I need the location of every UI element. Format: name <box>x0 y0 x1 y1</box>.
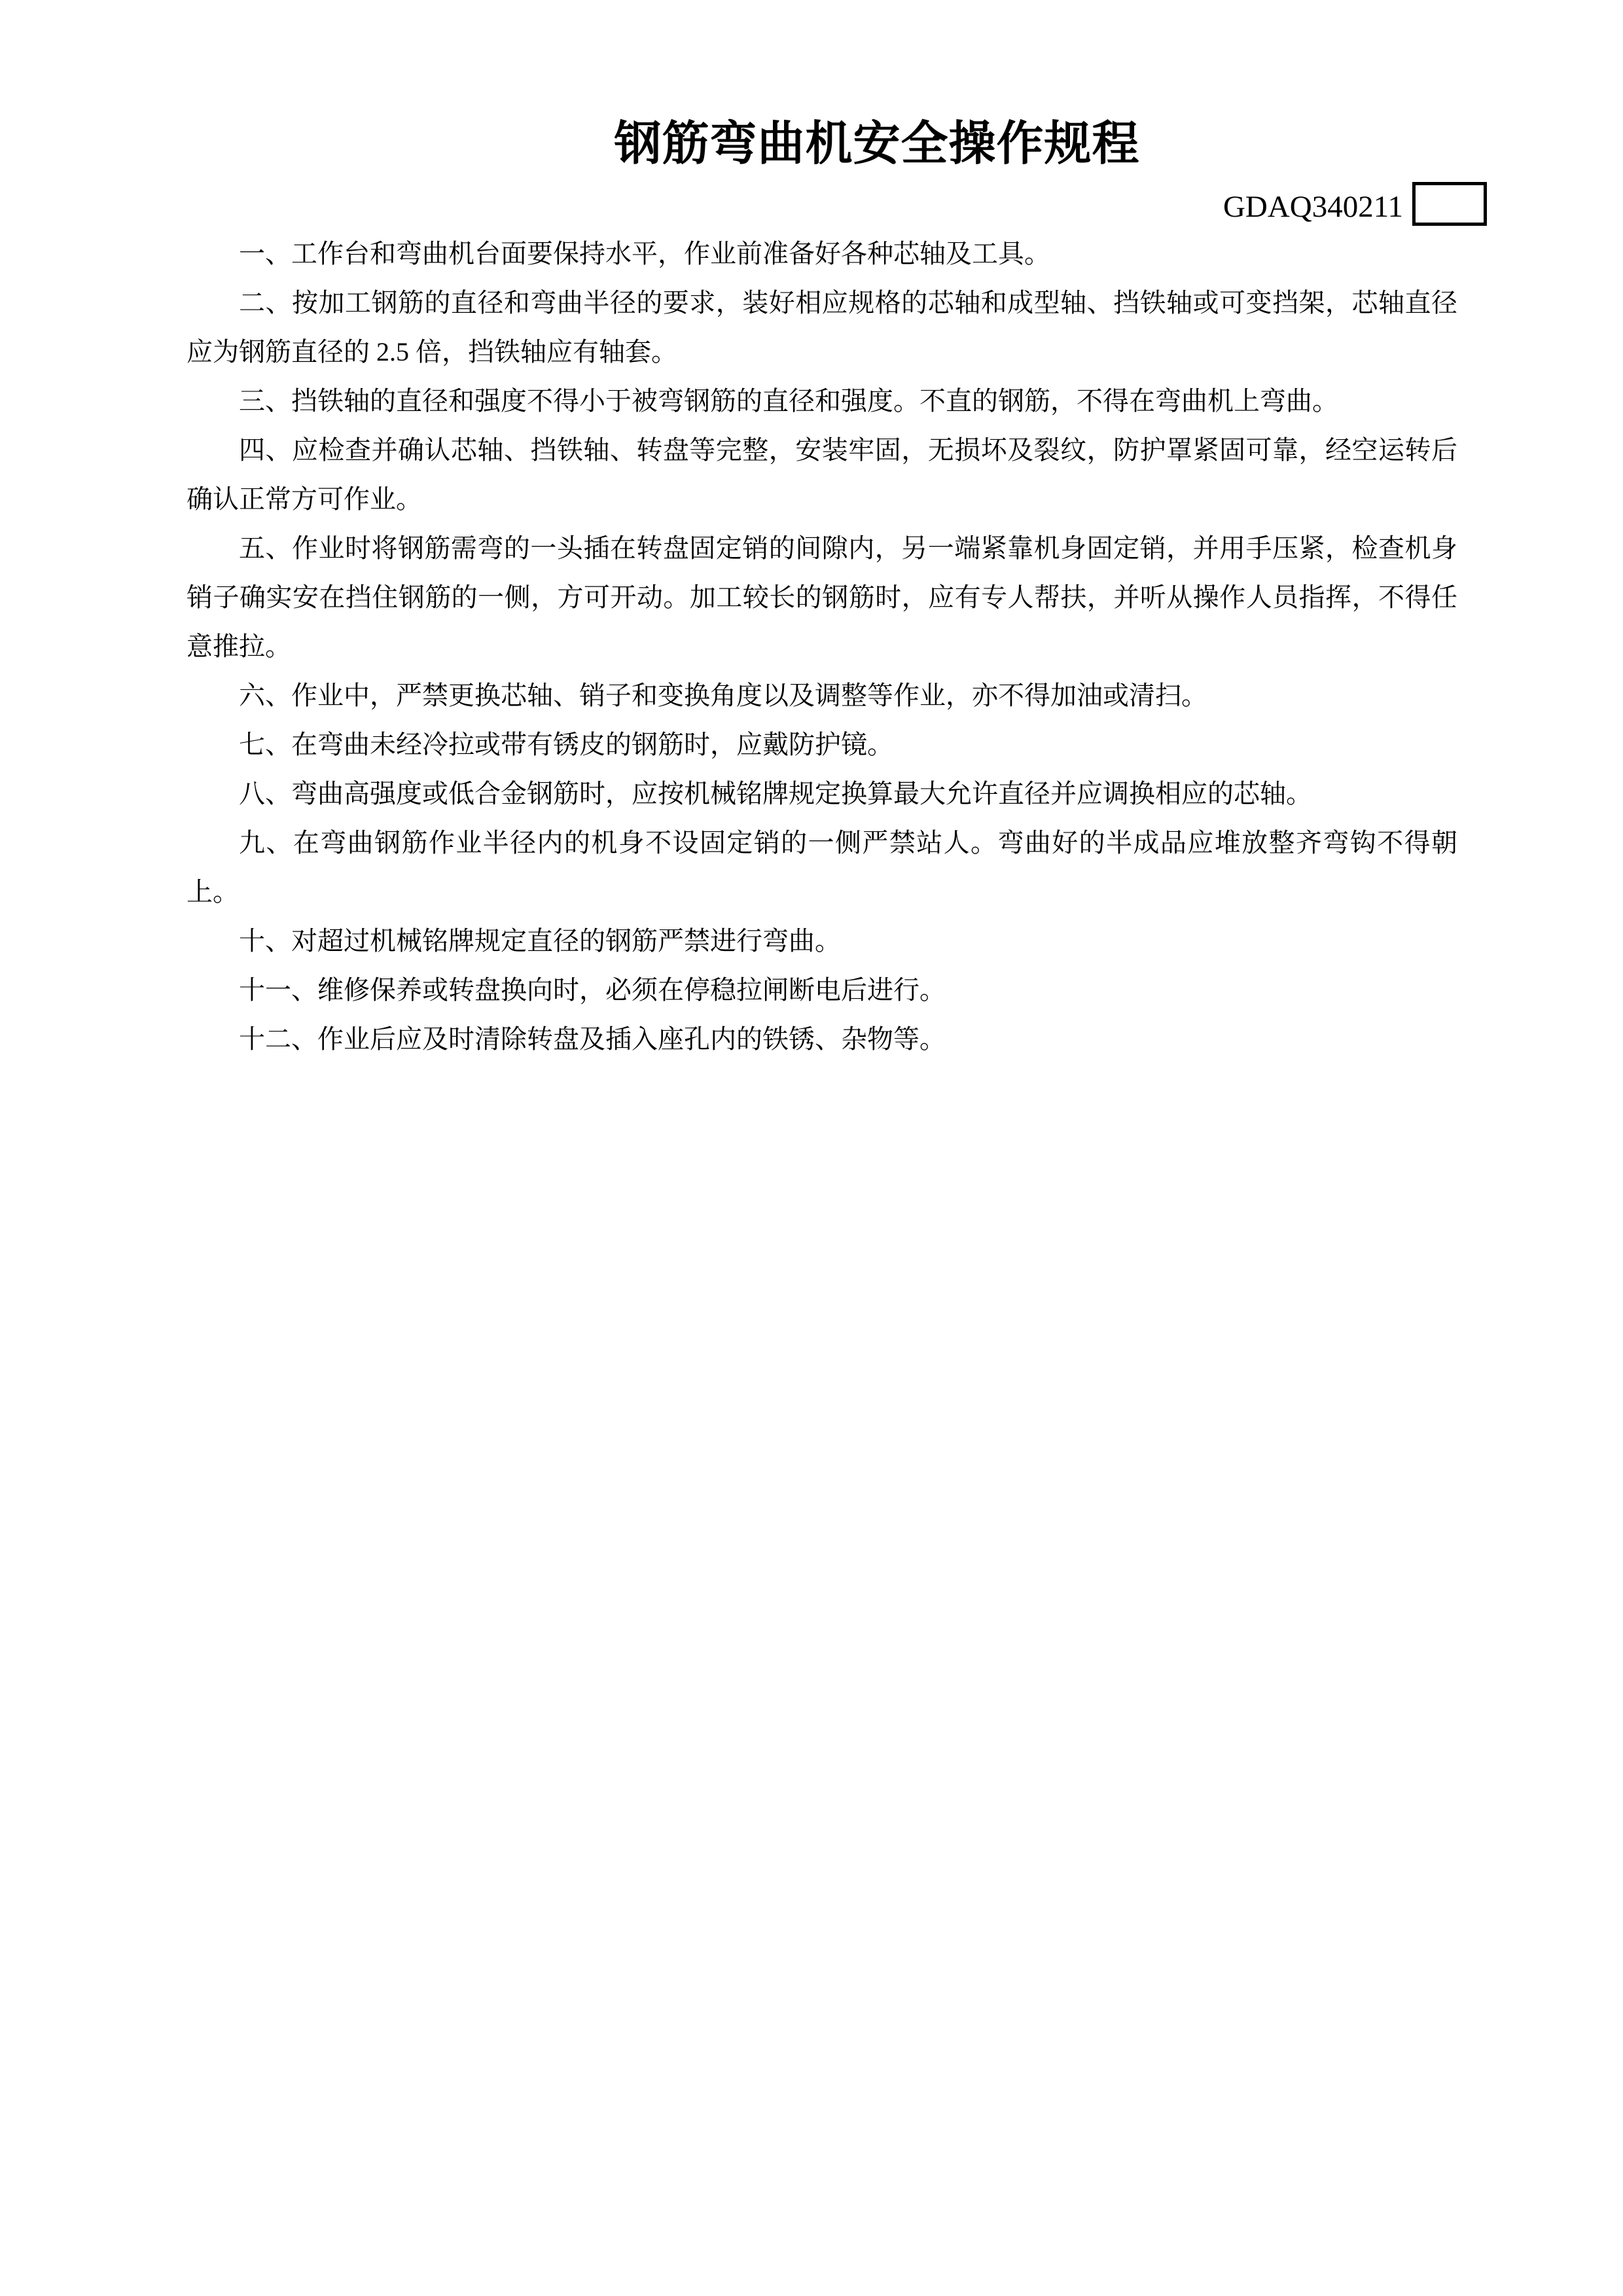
procedure-item: 四、应检查并确认芯轴、挡铁轴、转盘等完整，安装牢固，无损坏及裂纹，防护罩紧固可靠… <box>187 425 1457 524</box>
document-page: 钢筋弯曲机安全操作规程 GDAQ340211 一、工作台和弯曲机台面要保持水平，… <box>0 0 1623 2296</box>
procedure-item: 六、作业中，严禁更换芯轴、销子和变换角度以及调整等作业，亦不得加油或清扫。 <box>187 671 1457 720</box>
procedure-item: 三、挡铁轴的直径和强度不得小于被弯钢筋的直径和强度。不直的钢筋，不得在弯曲机上弯… <box>187 376 1457 425</box>
doc-code: GDAQ340211 <box>1223 185 1403 223</box>
page-title: 钢筋弯曲机安全操作规程 <box>131 118 1623 171</box>
doc-code-row: GDAQ340211 <box>1223 182 1487 226</box>
procedure-list: 一、工作台和弯曲机台面要保持水平，作业前准备好各种芯轴及工具。二、按加工钢筋的直… <box>187 229 1457 1064</box>
procedure-item: 九、在弯曲钢筋作业半径内的机身不设固定销的一侧严禁站人。弯曲好的半成品应堆放整齐… <box>187 818 1457 916</box>
procedure-item: 八、弯曲高强度或低合金钢筋时，应按机械铭牌规定换算最大允许直径并应调换相应的芯轴… <box>187 769 1457 818</box>
procedure-item: 五、作业时将钢筋需弯的一头插在转盘固定销的间隙内，另一端紧靠机身固定销，并用手压… <box>187 524 1457 671</box>
doc-code-box <box>1412 182 1487 226</box>
procedure-item: 十二、作业后应及时清除转盘及插入座孔内的铁锈、杂物等。 <box>187 1014 1457 1064</box>
procedure-item: 十一、维修保养或转盘换向时，必须在停稳拉闸断电后进行。 <box>187 965 1457 1014</box>
procedure-item: 七、在弯曲未经冷拉或带有锈皮的钢筋时，应戴防护镜。 <box>187 720 1457 769</box>
procedure-item: 一、工作台和弯曲机台面要保持水平，作业前准备好各种芯轴及工具。 <box>187 229 1457 278</box>
procedure-item: 二、按加工钢筋的直径和弯曲半径的要求，装好相应规格的芯轴和成型轴、挡铁轴或可变挡… <box>187 278 1457 376</box>
procedure-item: 十、对超过机械铭牌规定直径的钢筋严禁进行弯曲。 <box>187 916 1457 965</box>
